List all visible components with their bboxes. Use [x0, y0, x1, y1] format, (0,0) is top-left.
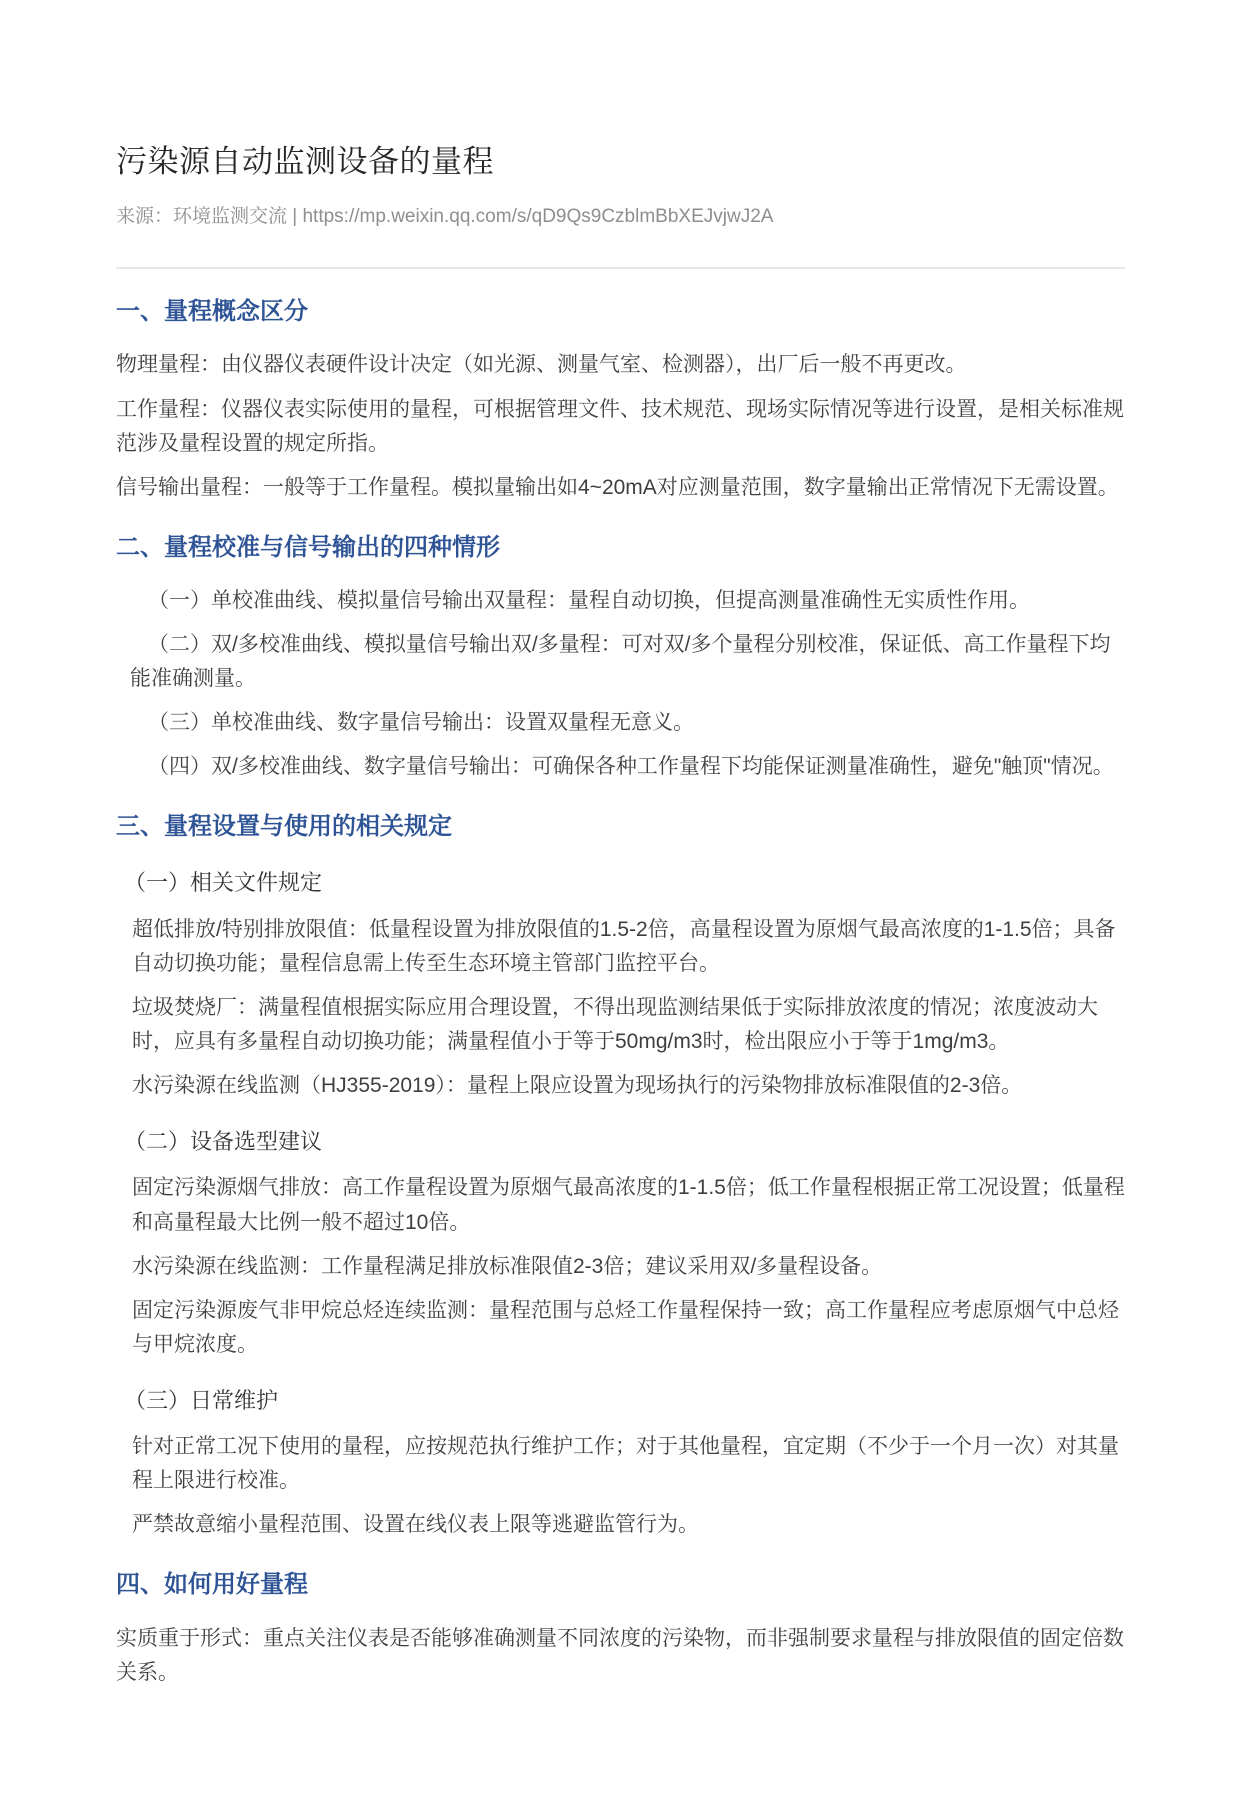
paragraph: 水污染源在线监测：工作量程满足排放标准限值2-3倍；建议采用双/多量程设备。: [116, 1250, 1125, 1284]
paragraph: 针对正常工况下使用的量程，应按规范执行维护工作；对于其他量程，宜定期（不少于一个…: [116, 1430, 1125, 1498]
numbered-item: （一）单校准曲线、模拟量信号输出双量程：量程自动切换，但提高测量准确性无实质性作…: [116, 584, 1125, 618]
numbered-item: （二）双/多校准曲线、模拟量信号输出双/多量程：可对双/多个量程分别校准，保证低…: [116, 628, 1125, 696]
paragraph: 工作量程：仪器仪表实际使用的量程，可根据管理文件、技术规范、现场实际情况等进行设…: [116, 393, 1125, 461]
section-heading: 四、如何用好量程: [116, 1568, 1125, 1602]
paragraph: 严禁故意缩小量程范围、设置在线仪表上限等逃避监管行为。: [116, 1508, 1125, 1542]
section-heading: 一、量程概念区分: [116, 295, 1125, 329]
page-title: 污染源自动监测设备的量程: [116, 142, 1125, 182]
numbered-item: （四）双/多校准曲线、数字量信号输出：可确保各种工作量程下均能保证测量准确性，避…: [116, 750, 1125, 784]
article-body: 一、量程概念区分物理量程：由仪器仪表硬件设计决定（如光源、测量气室、检测器），出…: [116, 295, 1125, 1690]
divider: [116, 267, 1125, 269]
subsection-heading: （二）设备选型建议: [116, 1127, 1125, 1158]
subsection-heading: （一）相关文件规定: [116, 868, 1125, 899]
section-heading: 三、量程设置与使用的相关规定: [116, 810, 1125, 844]
numbered-item: （三）单校准曲线、数字量信号输出：设置双量程无意义。: [116, 706, 1125, 740]
paragraph: 固定污染源废气非甲烷总烃连续监测：量程范围与总烃工作量程保持一致；高工作量程应考…: [116, 1294, 1125, 1362]
paragraph: 信号输出量程：一般等于工作量程。模拟量输出如4~20mA对应测量范围，数字量输出…: [116, 471, 1125, 505]
subsection-heading: （三）日常维护: [116, 1386, 1125, 1417]
source-line: 来源：环境监测交流 | https://mp.weixin.qq.com/s/q…: [116, 204, 1125, 231]
document-page: 污染源自动监测设备的量程 来源：环境监测交流 | https://mp.weix…: [0, 0, 1241, 1820]
paragraph: 物理量程：由仪器仪表硬件设计决定（如光源、测量气室、检测器），出厂后一般不再更改…: [116, 348, 1125, 382]
paragraph: 实质重于形式：重点关注仪表是否能够准确测量不同浓度的污染物，而非强制要求量程与排…: [116, 1622, 1125, 1690]
paragraph: 水污染源在线监测（HJ355-2019）：量程上限应设置为现场执行的污染物排放标…: [116, 1069, 1125, 1103]
paragraph: 垃圾焚烧厂：满量程值根据实际应用合理设置，不得出现监测结果低于实际排放浓度的情况…: [116, 991, 1125, 1059]
paragraph: 超低排放/特别排放限值：低量程设置为排放限值的1.5-2倍，高量程设置为原烟气最…: [116, 913, 1125, 981]
paragraph: 固定污染源烟气排放：高工作量程设置为原烟气最高浓度的1-1.5倍；低工作量程根据…: [116, 1171, 1125, 1239]
section-heading: 二、量程校准与信号输出的四种情形: [116, 531, 1125, 565]
